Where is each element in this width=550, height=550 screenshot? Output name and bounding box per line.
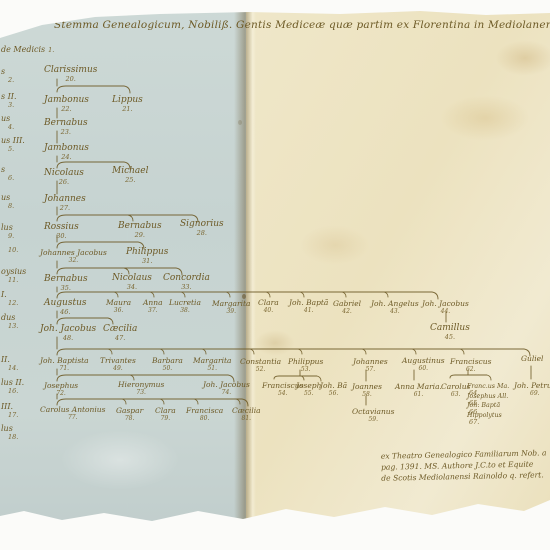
margin-item: I.12. xyxy=(1,291,18,307)
person-name: Lippus xyxy=(112,96,143,105)
person-number: 34. xyxy=(112,284,152,291)
margin-item-number: 12. xyxy=(8,300,18,307)
person-node: Johannes27. xyxy=(44,195,86,212)
person-node: Joh. Petrus69. xyxy=(514,382,550,397)
person-name: Augustinus xyxy=(402,357,445,365)
margin-item-number: 3. xyxy=(8,102,17,109)
margin-item-text: lus xyxy=(1,223,13,232)
person-node: Philippus53. xyxy=(288,358,323,373)
person-name: Concordia xyxy=(163,274,210,283)
margin-item-text: s II. xyxy=(1,92,17,101)
person-number: 37. xyxy=(143,308,163,314)
person-name: Carolus Antonius xyxy=(40,406,105,414)
person-node: Joannes58. xyxy=(352,383,382,398)
margin-item: II.14. xyxy=(1,356,18,372)
person-name: Joh. Angelus xyxy=(371,300,419,308)
person-node: Octavianus59. xyxy=(352,408,394,423)
person-name: Franciscus xyxy=(450,358,491,366)
margin-item-number: 16. xyxy=(8,388,24,395)
margin-item: s II.3. xyxy=(1,93,17,109)
margin-item-text: lus xyxy=(1,424,13,433)
person-number: 43. xyxy=(371,309,419,315)
person-number: 78. xyxy=(116,416,143,422)
margin-item-text: lus II. xyxy=(1,378,24,387)
margin-item-number: 17. xyxy=(8,412,18,419)
person-node: Carolus Antonius77. xyxy=(40,406,105,421)
person-name: Bernabus xyxy=(44,275,88,284)
person-name: Anna Maria. xyxy=(395,383,442,391)
person-number: 22. xyxy=(44,106,89,113)
margin-item-number: 4. xyxy=(8,124,14,131)
person-name: Philippus xyxy=(288,358,323,366)
person-name: Guliel xyxy=(521,355,543,363)
person-name: Bernabus xyxy=(118,222,162,231)
person-name: Augustus xyxy=(44,299,87,308)
person-number: 29. xyxy=(118,232,162,239)
person-node: Trivantes49. xyxy=(100,357,136,372)
person-node: Gaspar78. xyxy=(116,407,143,422)
person-name: Johannes Jacobus xyxy=(40,249,107,257)
person-node: Clarissimus20. xyxy=(44,66,97,83)
person-node: Lippus21. xyxy=(112,96,143,113)
person-node: Cæcilia81. xyxy=(232,407,261,422)
margin-item: s6. xyxy=(1,166,14,182)
person-node: Michael25. xyxy=(112,167,149,184)
person-number: 48. xyxy=(40,335,96,342)
margin-item-text: us xyxy=(1,114,10,123)
person-name: Barbara xyxy=(152,357,183,365)
person-number: 46. xyxy=(44,309,87,316)
person-name: Margarita xyxy=(212,300,250,308)
person-node: Josephus72. xyxy=(44,382,78,397)
person-number: 57. xyxy=(353,367,388,373)
person-name: Joh. Bã xyxy=(320,382,347,390)
person-name: Josephus xyxy=(44,382,78,390)
person-name: Maura xyxy=(106,299,131,307)
person-node: Philippus31. xyxy=(126,248,168,265)
person-name: Joannes xyxy=(352,383,382,391)
person-node: Joh. Jacobus48. xyxy=(40,325,96,342)
person-node: Joh. Bã56. xyxy=(320,382,347,397)
person-node: Nicolaus34. xyxy=(112,274,152,291)
person-number: 52. xyxy=(240,367,281,373)
margin-item-text: us III. xyxy=(1,136,25,145)
person-node: Nicolaus26. xyxy=(44,169,84,186)
person-name: Clara xyxy=(155,407,176,415)
margin-item: de Medicis1. xyxy=(1,46,54,54)
margin-item-number: 13. xyxy=(8,323,18,330)
person-number: 58. xyxy=(352,392,382,398)
person-name: Francisca xyxy=(186,407,223,415)
margin-item-number: 8. xyxy=(8,203,14,210)
person-node: Joh. Baptista71. xyxy=(40,357,89,372)
person-name: Johannes xyxy=(353,358,388,366)
person-number: 80. xyxy=(186,416,223,422)
person-name: Jambonus xyxy=(44,96,89,105)
person-name: Jambonus xyxy=(44,144,89,153)
person-node: Hieronymus73. xyxy=(118,381,164,396)
person-name: Anna xyxy=(143,299,163,307)
margin-item: lus18. xyxy=(1,425,18,441)
person-name: Cæcilia xyxy=(232,407,261,415)
person-name: Gaspar xyxy=(116,407,143,415)
margin-item-text: oysius xyxy=(1,267,26,276)
person-name: Joseph xyxy=(296,382,321,390)
person-name: Johannes xyxy=(44,195,86,204)
person-number: 27. xyxy=(44,205,86,212)
person-name: Joh. Petrus xyxy=(514,382,550,390)
margin-item-number: 14. xyxy=(8,365,18,372)
margin-item-text: us xyxy=(1,193,10,202)
margin-item: us8. xyxy=(1,194,14,210)
person-node: Constantia52. xyxy=(240,358,281,373)
person-number: 20. xyxy=(44,76,97,83)
person-name: Philippus xyxy=(126,248,168,257)
margin-item: us4. xyxy=(1,115,14,131)
person-node: Signorius28. xyxy=(180,220,224,237)
margin-item: oysius11. xyxy=(1,268,26,284)
person-name: Camillus xyxy=(430,324,470,333)
person-name: Joh. Baptã xyxy=(289,299,328,307)
person-name: Rossius xyxy=(44,223,79,232)
person-node: Joh. Jacobus74. xyxy=(203,381,250,396)
person-node: Bernabus35. xyxy=(44,275,88,292)
margin-item-number: 11. xyxy=(8,277,26,284)
person-node: Anna Maria.61. xyxy=(395,383,442,398)
person-node: Anna37. xyxy=(143,299,163,314)
person-number: 23. xyxy=(44,129,88,136)
person-name: Cæcilia xyxy=(103,325,137,334)
margin-item-number: 2. xyxy=(8,77,14,84)
person-name: Gabriel xyxy=(333,300,361,308)
margin-item-text: s xyxy=(1,67,5,76)
margin-item: 10. xyxy=(1,246,18,254)
person-number: 49. xyxy=(100,366,136,372)
person-number: 36. xyxy=(106,308,131,314)
person-node: Augustus46. xyxy=(44,299,87,316)
person-number: 73. xyxy=(118,390,164,396)
margin-item-text: I. xyxy=(1,290,7,299)
person-number: 51. xyxy=(193,366,231,372)
person-node: Clara40. xyxy=(258,299,279,314)
person-node: Maura36. xyxy=(106,299,131,314)
person-node: Guliel xyxy=(521,355,543,363)
person-node: Johannes57. xyxy=(353,358,388,373)
source-citation: ex Theatro Genealogico Familiarum Nob. a… xyxy=(381,447,547,483)
person-number: 44. xyxy=(422,309,469,315)
person-node: Margarita51. xyxy=(193,357,231,372)
person-number: 21. xyxy=(112,106,143,113)
person-node: Bernabus29. xyxy=(118,222,162,239)
person-number: 69. xyxy=(514,391,550,397)
person-number: 74. xyxy=(203,390,250,396)
person-name: Clarissimus xyxy=(44,66,97,75)
person-number: 55. xyxy=(296,391,321,397)
person-number: 47. xyxy=(103,335,137,342)
person-node: Carolus63. xyxy=(441,383,470,398)
person-number: 31. xyxy=(126,258,168,265)
person-name: Clara xyxy=(258,299,279,307)
person-node: Rossius30. xyxy=(44,223,79,240)
person-node: Joh. Angelus43. xyxy=(371,300,419,315)
person-name: Joh. Baptista xyxy=(40,357,89,365)
margin-item-number: 18. xyxy=(8,434,18,441)
margin-item: lus II.16. xyxy=(1,379,24,395)
person-node: Franciscus62. xyxy=(450,358,491,373)
person-number: 63. xyxy=(441,392,470,398)
person-node: Francisca80. xyxy=(186,407,223,422)
person-node: Lucretia38. xyxy=(169,299,201,314)
person-name: Joh. Jacobus xyxy=(422,300,469,308)
person-name: Margarita xyxy=(193,357,231,365)
person-number: 30. xyxy=(44,233,79,240)
person-number: 26. xyxy=(44,179,84,186)
person-number: 40. xyxy=(258,308,279,314)
margin-item-text: dus xyxy=(1,313,15,322)
person-number: 45. xyxy=(430,334,470,341)
person-number: 79. xyxy=(155,416,176,422)
person-name: Michael xyxy=(112,167,149,176)
person-number: 42. xyxy=(333,309,361,315)
margin-item-text: III. xyxy=(1,402,13,411)
person-name: Nicolaus xyxy=(44,169,84,178)
person-number: 77. xyxy=(40,415,105,421)
person-node: Johannes Jacobus32. xyxy=(40,249,107,264)
person-number: 33. xyxy=(163,284,210,291)
person-node: Joh. Jacobus44. xyxy=(422,300,469,315)
margin-item-text: s xyxy=(1,165,5,174)
person-number: 71. xyxy=(40,366,89,372)
person-number: 25. xyxy=(112,177,149,184)
margin-item: lus9. xyxy=(1,224,14,240)
person-node: Joseph55. xyxy=(296,382,321,397)
margin-item: III.17. xyxy=(1,403,18,419)
person-node: Hippolytus67. xyxy=(467,413,502,427)
person-number: 28. xyxy=(180,230,224,237)
person-node: Clara79. xyxy=(155,407,176,422)
person-number: 53. xyxy=(288,367,323,373)
person-node: Joh. Baptã41. xyxy=(289,299,328,314)
person-number: 32. xyxy=(40,258,107,264)
person-number: 72. xyxy=(44,391,78,397)
margin-item-text: II. xyxy=(1,355,10,364)
person-name: Bernabus xyxy=(44,119,88,128)
margin-item-number: 9. xyxy=(8,233,14,240)
margin-item-text: de Medicis xyxy=(1,45,45,54)
margin-item-number: 6. xyxy=(8,175,14,182)
person-name: Constantia xyxy=(240,358,281,366)
person-number: 39. xyxy=(212,309,250,315)
person-name: Nicolaus xyxy=(112,274,152,283)
person-number: 35. xyxy=(44,285,88,292)
person-name: Joh. Jacobus xyxy=(40,325,96,334)
person-node: Jambonus22. xyxy=(44,96,89,113)
person-number: 59. xyxy=(352,417,394,423)
person-node: Margarita39. xyxy=(212,300,250,315)
person-node: Barbara50. xyxy=(152,357,183,372)
person-number: 62. xyxy=(450,367,491,373)
person-number: 38. xyxy=(169,308,201,314)
person-number: 41. xyxy=(289,308,328,314)
person-name: Carolus xyxy=(441,383,470,391)
person-name: Trivantes xyxy=(100,357,136,365)
person-number: 56. xyxy=(320,391,347,397)
person-number: 61. xyxy=(395,392,442,398)
person-node: Jambonus24. xyxy=(44,144,89,161)
person-number: 24. xyxy=(44,154,89,161)
margin-item-number: 1. xyxy=(48,46,54,54)
person-number: 60. xyxy=(402,366,445,372)
person-node: Bernabus23. xyxy=(44,119,88,136)
person-name: Octavianus xyxy=(352,408,394,416)
person-node: Cæcilia47. xyxy=(103,325,137,342)
person-node: Augustinus60. xyxy=(402,357,445,372)
margin-item: us III.5. xyxy=(1,137,25,153)
person-number: 81. xyxy=(232,416,261,422)
person-name: Lucretia xyxy=(169,299,201,307)
person-name: Hieronymus xyxy=(118,381,164,389)
margin-item-number: 5. xyxy=(8,146,25,153)
margin-item-number: 10. xyxy=(8,247,18,254)
manuscript-scan: Stemma Genealogicum, Nobiliß. Gentis Med… xyxy=(0,0,550,550)
paper-sheet: Stemma Genealogicum, Nobiliß. Gentis Med… xyxy=(0,0,550,550)
person-number: 50. xyxy=(152,366,183,372)
margin-item: dus13. xyxy=(1,314,18,330)
person-node: Concordia33. xyxy=(163,274,210,291)
person-node: Camillus45. xyxy=(430,324,470,341)
person-name: Signorius xyxy=(180,220,224,229)
person-node: Gabriel42. xyxy=(333,300,361,315)
margin-item: s2. xyxy=(1,68,14,84)
person-number: 67. xyxy=(469,418,479,426)
person-name: Joh. Jacobus xyxy=(203,381,250,389)
